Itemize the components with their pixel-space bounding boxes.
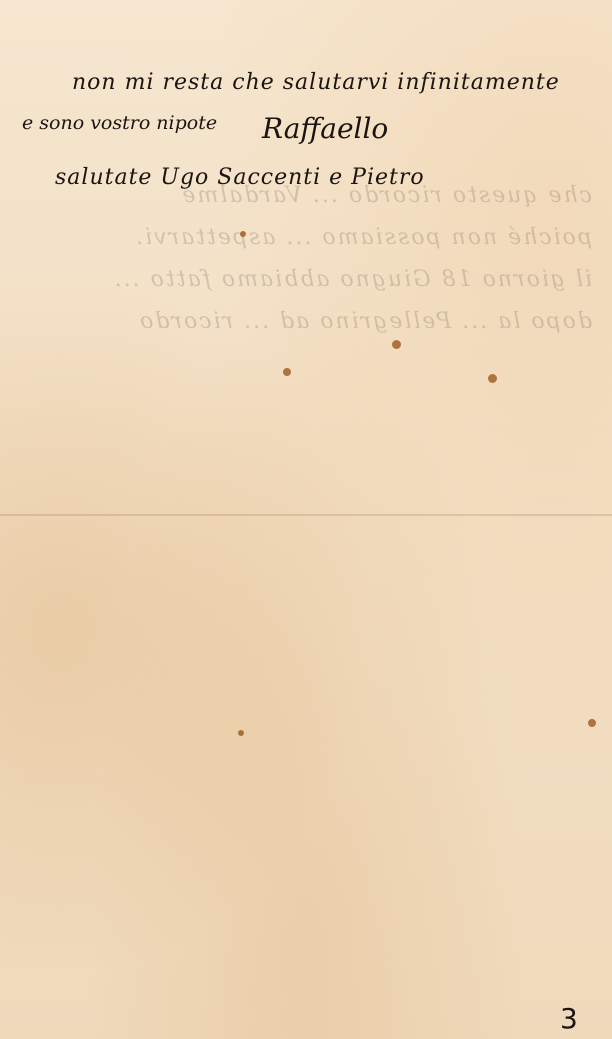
- ink-stain: [240, 231, 246, 237]
- bleed-line: poiché non possiamo ... aspettarvi.: [30, 217, 592, 259]
- ink-stain: [488, 374, 497, 383]
- fold-crease: [0, 514, 612, 516]
- ink-stain: [238, 730, 244, 736]
- letter-line-2: e sono vostro nipote: [22, 112, 217, 134]
- bleed-through-text: che questo ricordo ... Vardalme poiché n…: [30, 175, 592, 343]
- ink-stain: [392, 340, 401, 349]
- letter-page: che questo ricordo ... Vardalme poiché n…: [0, 0, 612, 1039]
- letter-line-3: salutate Ugo Saccenti e Pietro: [55, 165, 425, 190]
- ink-stain: [283, 368, 291, 376]
- page-number: 3: [560, 1002, 578, 1035]
- letter-line-1: non mi resta che salutarvi infinitamente: [72, 70, 560, 95]
- ink-stain: [588, 719, 596, 727]
- signature: Raffaello: [262, 112, 388, 145]
- bleed-line: dopo la ... Pellegrino ad ... ricordo: [30, 301, 592, 343]
- bleed-line: il giorno 18 Giugno abbiamo fatto ...: [30, 259, 592, 301]
